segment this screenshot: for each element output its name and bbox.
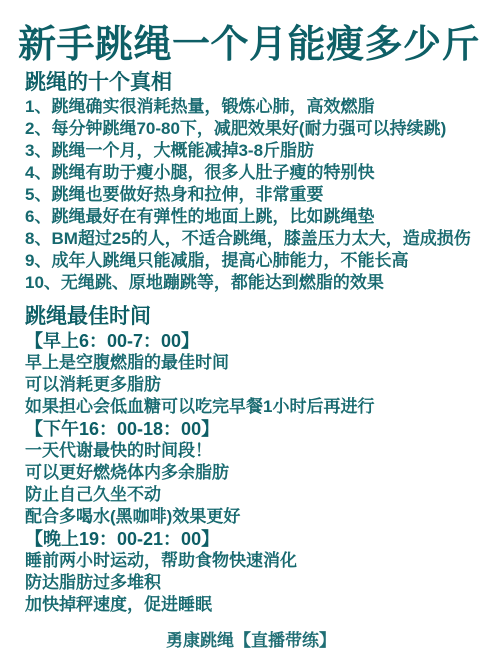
fact-item-10: 10、无绳跳、原地蹦跳等，都能达到燃脂的效果	[18, 272, 484, 294]
time-slot-evening: 【晚上19：00-21：00】 睡前两小时运动，帮助食物快速消化 防达脂肪过多堆…	[18, 528, 484, 616]
time-slot-afternoon-line-1: 一天代谢最快的时间段！	[18, 440, 484, 462]
time-slot-morning-line-3: 如果担心会低血糖可以吃完早餐1小时后再进行	[18, 396, 484, 418]
time-slot-morning-line-2: 可以消耗更多脂肪	[18, 374, 484, 396]
footer: 勇康跳绳【直播带练】	[18, 630, 484, 652]
page-title: 新手跳绳一个月能瘦多少斤	[18, 24, 484, 66]
facts-section: 跳绳的十个真相 1、跳绳确实很消耗热量，锻炼心肺，高效燃脂 2、每分钟跳绳70-…	[18, 70, 484, 294]
poster: 新手跳绳一个月能瘦多少斤 跳绳的十个真相 1、跳绳确实很消耗热量，锻炼心肺，高效…	[0, 0, 500, 654]
time-slot-afternoon-line-3: 防止自己久坐不动	[18, 484, 484, 506]
fact-item-2: 2、每分钟跳绳70-80下，减肥效果好(耐力强可以持续跳)	[18, 118, 484, 140]
fact-item-1: 1、跳绳确实很消耗热量，锻炼心肺，高效燃脂	[18, 96, 484, 118]
time-slot-evening-line-2: 防达脂肪过多堆积	[18, 572, 484, 594]
fact-item-3: 3、跳绳一个月，大概能减掉3-8斤脂肪	[18, 140, 484, 162]
best-time-section: 跳绳最佳时间 【早上6：00-7：00】 早上是空腹燃脂的最佳时间 可以消耗更多…	[18, 304, 484, 616]
time-slot-morning-line-1: 早上是空腹燃脂的最佳时间	[18, 352, 484, 374]
time-slot-evening-label: 【晚上19：00-21：00】	[18, 528, 484, 550]
time-slot-morning-label: 【早上6：00-7：00】	[18, 330, 484, 352]
time-slot-morning: 【早上6：00-7：00】 早上是空腹燃脂的最佳时间 可以消耗更多脂肪 如果担心…	[18, 330, 484, 418]
time-slot-afternoon: 【下午16：00-18：00】 一天代谢最快的时间段！ 可以更好燃烧体内多余脂肪…	[18, 418, 484, 528]
facts-heading: 跳绳的十个真相	[18, 70, 484, 96]
fact-item-6: 6、跳绳最好在有弹性的地面上跳，比如跳绳垫	[18, 206, 484, 228]
time-slot-evening-line-3: 加快掉秤速度，促进睡眠	[18, 594, 484, 616]
fact-item-8: 8、BM超过25的人，不适合跳绳，膝盖压力太大，造成损伤	[18, 228, 484, 250]
fact-item-9: 9、成年人跳绳只能减脂，提高心肺能力，不能长高	[18, 250, 484, 272]
time-slot-afternoon-label: 【下午16：00-18：00】	[18, 418, 484, 440]
time-slot-afternoon-line-4: 配合多喝水(黑咖啡)效果更好	[18, 506, 484, 528]
time-slot-evening-line-1: 睡前两小时运动，帮助食物快速消化	[18, 550, 484, 572]
fact-item-4: 4、跳绳有助于瘦小腿，很多人肚子瘦的特别快	[18, 162, 484, 184]
time-slot-afternoon-line-2: 可以更好燃烧体内多余脂肪	[18, 462, 484, 484]
fact-item-5: 5、跳绳也要做好热身和拉伸，非常重要	[18, 184, 484, 206]
footer-text: 勇康跳绳【直播带练】	[18, 630, 484, 652]
best-time-heading: 跳绳最佳时间	[18, 304, 484, 330]
